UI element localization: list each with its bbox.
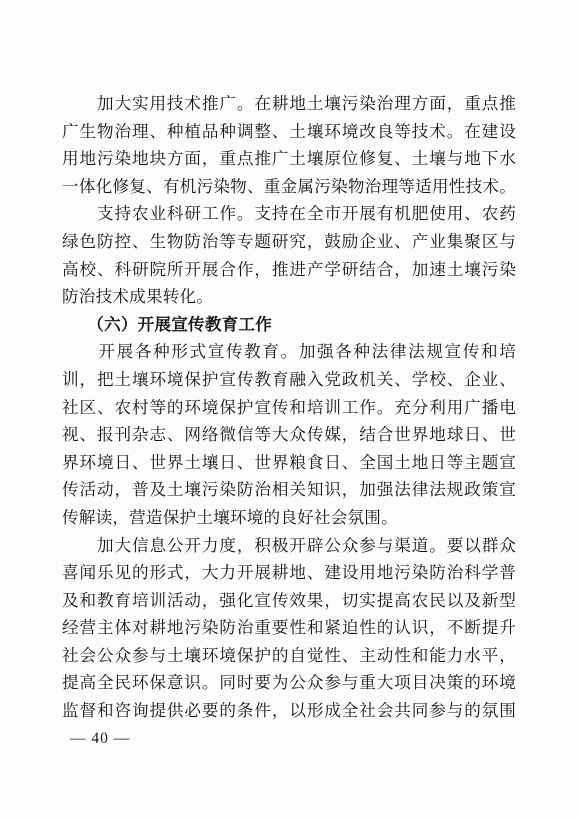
text-line: 界环境日、世界土壤日、世界粮食日、全国土地日等主题宣	[62, 449, 516, 477]
para-public-participation: 加大信息公开力度，积极开辟公众参与渠道。要以群众喜闻乐见的形式，大力开展耕地、建…	[62, 532, 516, 725]
text-line: （六）开展宣传教育工作	[62, 311, 516, 339]
text-line: 传活动，普及土壤污染防治相关知识，加强法律法规政策宣	[62, 476, 516, 504]
text-line: 社会公众参与土壤环境保护的自觉性、主动性和能力水平，	[62, 642, 516, 670]
document-page: 加大实用技术推广。在耕地土壤污染治理方面，重点推广生物治理、种植品种调整、土壤环…	[0, 0, 578, 818]
text-line: 经营主体对耕地污染防治重要性和紧迫性的认识，不断提升	[62, 614, 516, 642]
text-line: 防治技术成果转化。	[62, 283, 516, 311]
text-line: 提高全民环保意识。同时要为公众参与重大项目决策的环境	[62, 669, 516, 697]
para-publicity-education: 开展各种形式宣传教育。加强各种法律法规宣传和培训，把土壤环境保护宣传教育融入党政…	[62, 338, 516, 531]
text-line: 喜闻乐见的形式，大力开展耕地、建设用地污染防治科学普	[62, 559, 516, 587]
text-line: 加大实用技术推广。在耕地土壤污染治理方面，重点推	[62, 90, 516, 118]
text-line: 视、报刊杂志、网络微信等大众传媒，结合世界地球日、世	[62, 421, 516, 449]
section-heading-6: （六）开展宣传教育工作	[62, 311, 516, 339]
text-line: 传解读，营造保护土壤环境的良好社会氛围。	[62, 504, 516, 532]
para-technology-promotion: 加大实用技术推广。在耕地土壤污染治理方面，重点推广生物治理、种植品种调整、土壤环…	[62, 90, 516, 200]
text-line: 支持农业科研工作。支持在全市开展有机肥使用、农药	[62, 200, 516, 228]
text-line: 训，把土壤环境保护宣传教育融入党政机关、学校、企业、	[62, 366, 516, 394]
text-line: 用地污染地块方面，重点推广土壤原位修复、土壤与地下水	[62, 145, 516, 173]
text-block: 加大实用技术推广。在耕地土壤污染治理方面，重点推广生物治理、种植品种调整、土壤环…	[62, 90, 516, 725]
text-line: 广生物治理、种植品种调整、土壤环境改良等技术。在建设	[62, 118, 516, 146]
text-line: 一体化修复、有机污染物、重金属污染物治理等适用性技术。	[62, 173, 516, 201]
text-line: 绿色防控、生物防治等专题研究，鼓励企业、产业集聚区与	[62, 228, 516, 256]
text-line: 加大信息公开力度，积极开辟公众参与渠道。要以群众	[62, 532, 516, 560]
page-number: — 40 —	[70, 727, 130, 751]
text-line: 社区、农村等的环境保护宣传和培训工作。充分利用广播电	[62, 394, 516, 422]
para-agricultural-research: 支持农业科研工作。支持在全市开展有机肥使用、农药绿色防控、生物防治等专题研究，鼓…	[62, 200, 516, 310]
text-line: 高校、科研院所开展合作，推进产学研结合，加速土壤污染	[62, 256, 516, 284]
text-line: 监督和咨询提供必要的条件，以形成全社会共同参与的氛围	[62, 697, 516, 725]
text-line: 开展各种形式宣传教育。加强各种法律法规宣传和培	[62, 338, 516, 366]
text-line: 及和教育培训活动，强化宣传效果，切实提高农民以及新型	[62, 587, 516, 615]
